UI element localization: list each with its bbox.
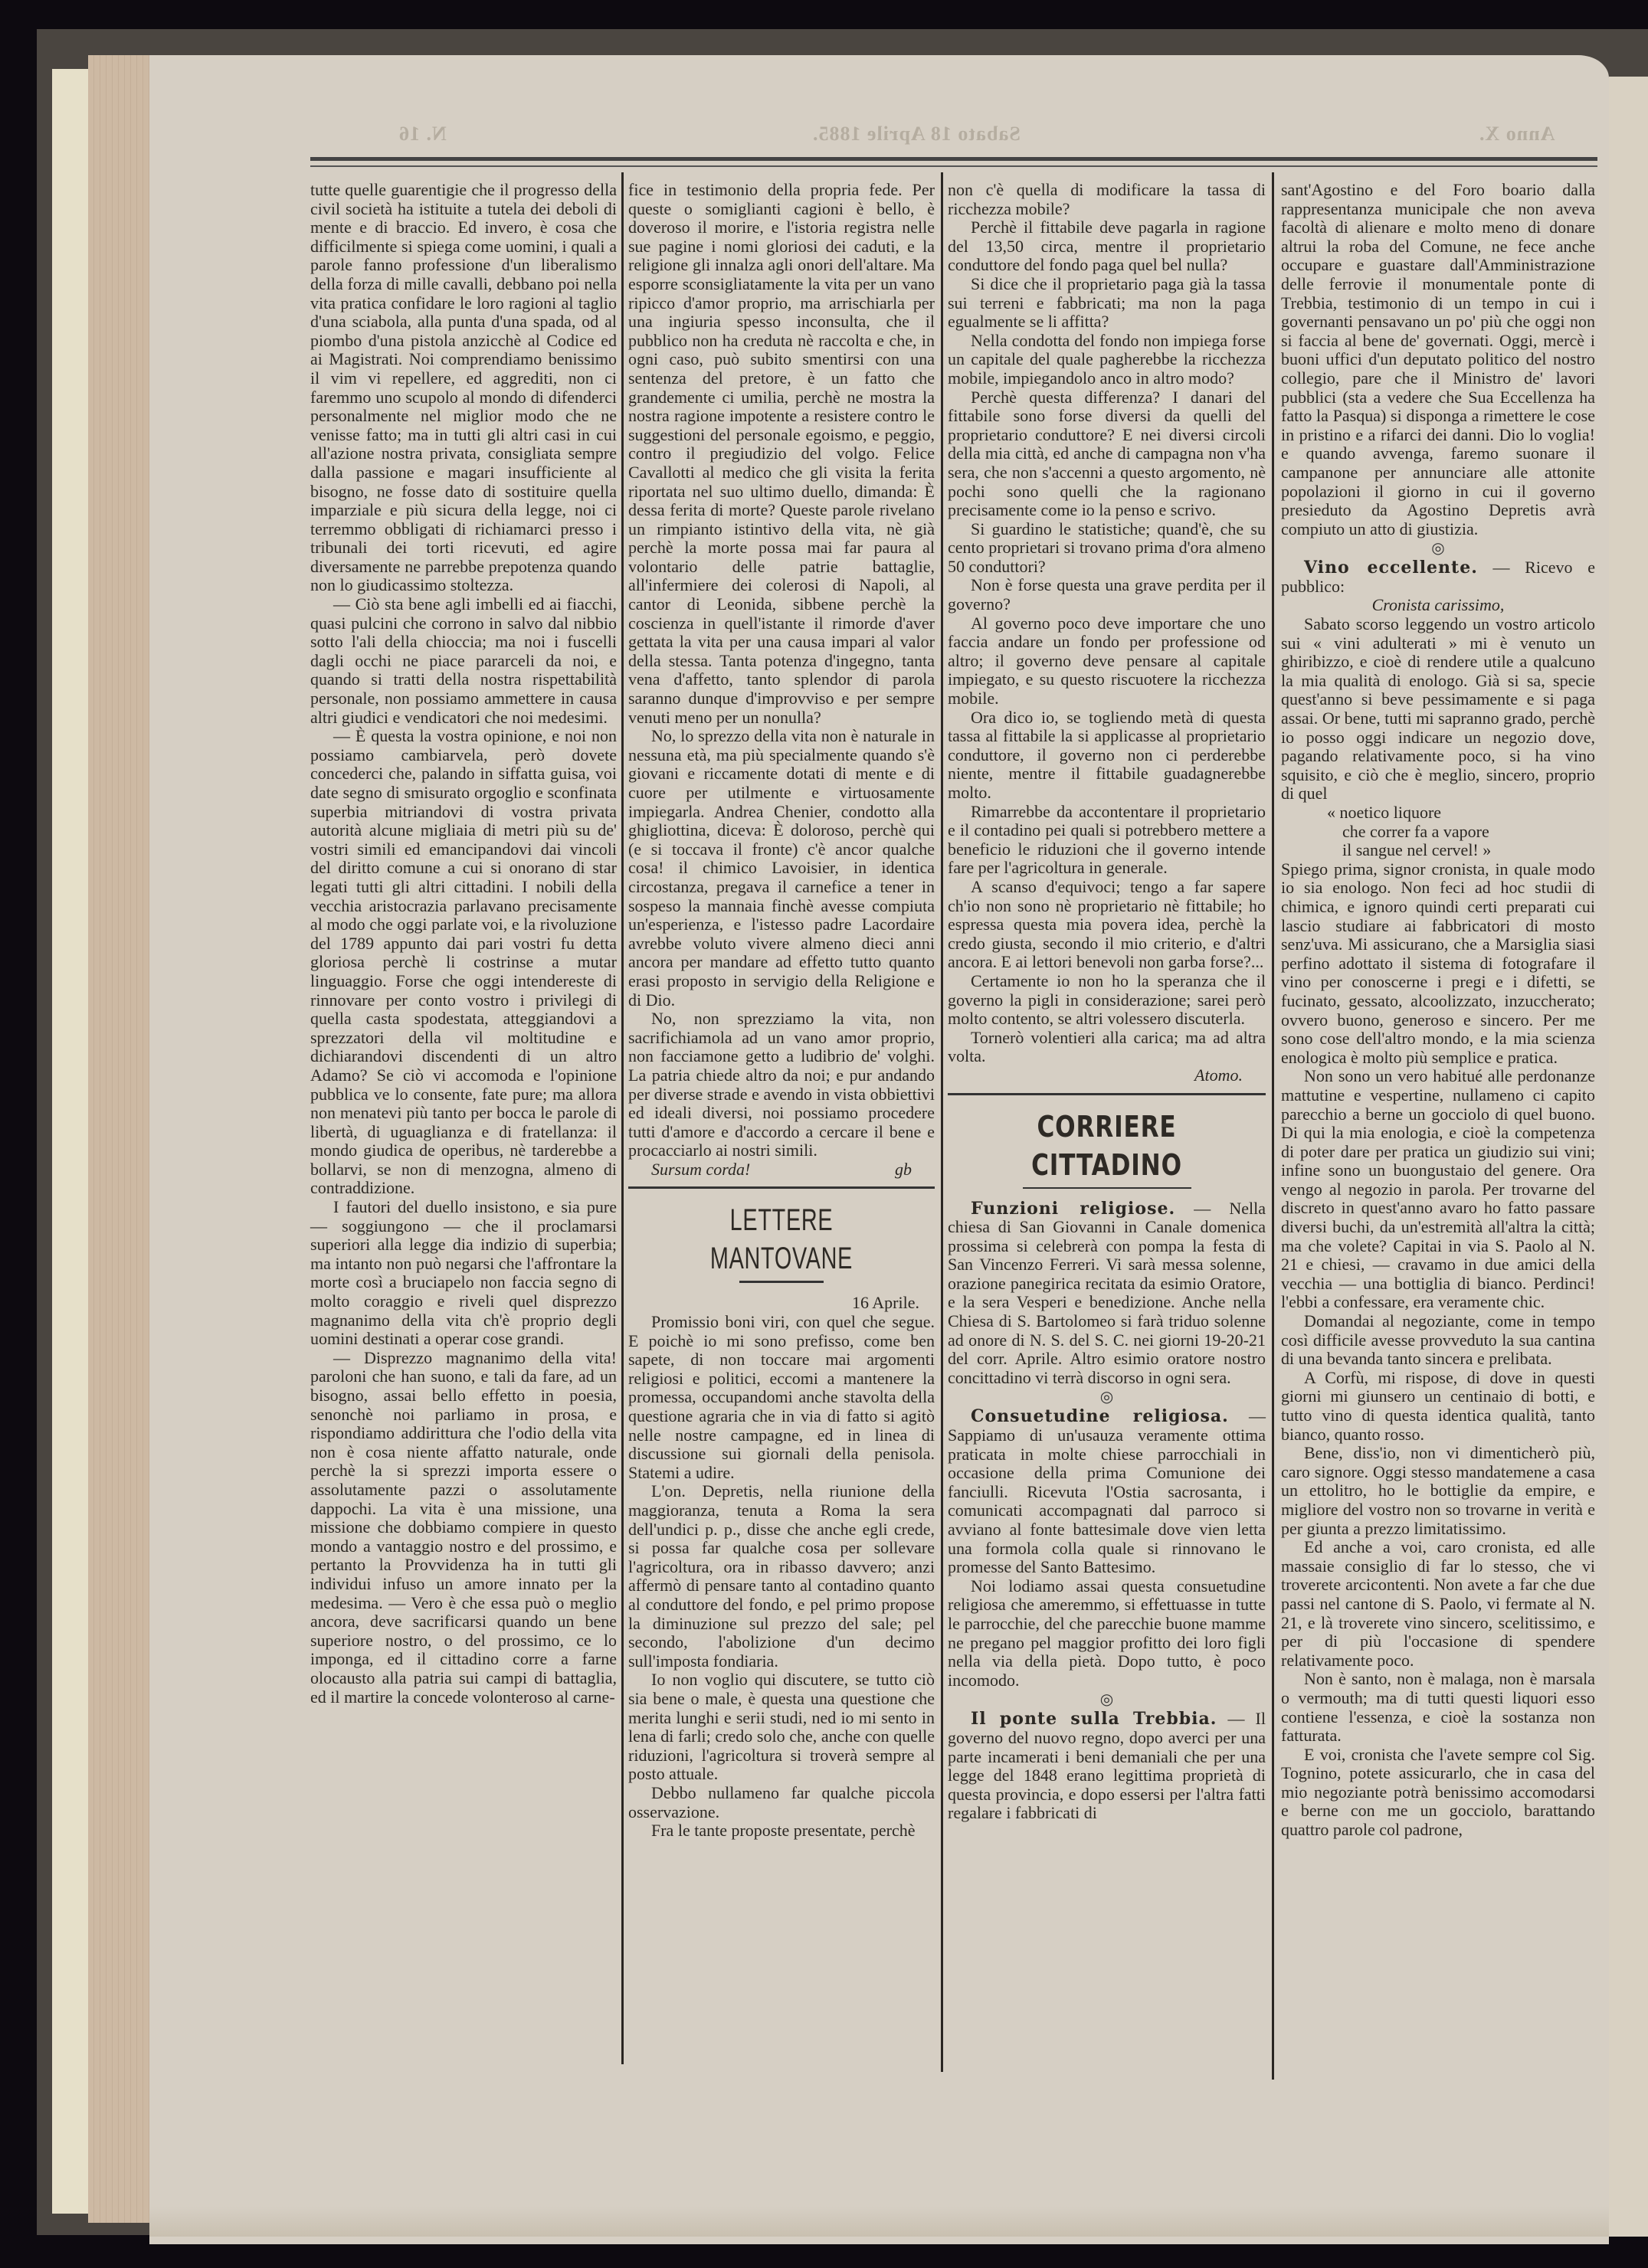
article-paragraph: fice in testimonio della propria fede. P… <box>628 181 935 727</box>
column-rule-2 <box>941 172 943 2072</box>
page-bottom-curl <box>149 2206 1609 2237</box>
article-paragraph: Non è forse questa una grave perdita per… <box>948 576 1266 614</box>
verse-line: « noetico liquore <box>1281 803 1595 823</box>
verse-line: che correr fa a vapore <box>1281 823 1595 842</box>
letter-paragraph: Non sono un vero habitué alle perdonanze… <box>1281 1067 1595 1312</box>
news-item-body: Nella chiesa di San Giovanni in Canale d… <box>948 1199 1266 1387</box>
letter-paragraph: Bene, diss'io, non vi dimenticherò più, … <box>1281 1444 1595 1538</box>
letter-paragraph: Fra le tante proposte presentate, perchè <box>628 1821 935 1841</box>
verse-line: il sangue nel cervel! » <box>1281 841 1595 860</box>
title-underline <box>739 1281 824 1283</box>
article-paragraph: Ora dico io, se togliendo metà di questa… <box>948 709 1266 803</box>
news-item-heading: Funzioni religiose. <box>971 1199 1175 1219</box>
article-paragraph: Si guardino le statistiche; quand'è, che… <box>948 520 1266 577</box>
letter-paragraph: Spiego prima, signor cronista, in quale … <box>1281 860 1595 1068</box>
news-item-consuetudine: Consuetudine religiosa. — Sappiamo di un… <box>948 1407 1266 1576</box>
article-paragraph: Certamente io non ho la speranza che il … <box>948 972 1266 1029</box>
news-item-body: Sappiamo di un'usauza veramente ottima p… <box>948 1425 1266 1576</box>
article-paragraph: No, non sprezziamo la vita, non sacrific… <box>628 1010 935 1160</box>
running-head-date: Sabato 18 Aprile 1885. <box>812 123 1021 146</box>
closing-motto: Sursum corda! <box>651 1160 750 1180</box>
news-item-heading: Vino eccellente. <box>1304 558 1478 578</box>
letter-paragraph: L'on. Depretis, nella riunione della mag… <box>628 1482 935 1671</box>
author-signature: Atomo. <box>948 1066 1266 1085</box>
letter-paragraph: Io non voglio qui discutere, se tutto ci… <box>628 1671 935 1784</box>
article-paragraph: sant'Agostino e del Foro boario dalla ra… <box>1281 181 1595 538</box>
letter-paragraph: Domandai al negoziante, come in tempo co… <box>1281 1312 1595 1369</box>
article-paragraph: — È questa la vostra opinione, e noi non… <box>310 727 617 1198</box>
section-title-lettere-mantovane: LETTERE MANTOVANE <box>671 1201 892 1278</box>
article-paragraph: Si dice che il proprietario paga già la … <box>948 275 1266 332</box>
article-paragraph: — Ciò sta bene agli imbelli ed ai fiacch… <box>310 595 617 727</box>
running-head-right: Anno X. <box>1479 123 1555 146</box>
column-3: non c'è quella di modificare la tassa di… <box>948 181 1266 1823</box>
column-rule-3 <box>1272 172 1274 2080</box>
news-item-ponte: Il ponte sulla Trebbia. — Il governo del… <box>948 1710 1266 1823</box>
ornament-icon: ◎ <box>1281 538 1595 558</box>
title-underline <box>1023 1187 1191 1189</box>
article-paragraph: tutte quelle guarentigie che il progress… <box>310 181 617 595</box>
column-1: tutte quelle guarentigie che il progress… <box>310 181 617 1707</box>
ornament-icon: ◎ <box>948 1387 1266 1407</box>
letter-paragraph: Promissio boni viri, con quel che segue.… <box>628 1313 935 1482</box>
article-paragraph: A scanso d'equivoci; tengo a far sapere … <box>948 878 1266 972</box>
running-head-left: N. 16 <box>398 123 447 146</box>
next-page-edge <box>1609 77 1648 2237</box>
article-paragraph: Tornerò volentieri alla carica; ma ad al… <box>948 1029 1266 1066</box>
article-paragraph: Perchè questa differenza? I danari del f… <box>948 388 1266 520</box>
article-paragraph: I fautori del duello insistono, e sia pu… <box>310 1198 617 1349</box>
article-paragraph: Nella condotta del fondo non impiega for… <box>948 332 1266 388</box>
column-rule-1 <box>621 172 624 2064</box>
letter-paragraph: Ed anche a voi, caro cronista, ed alle m… <box>1281 1538 1595 1670</box>
letter-salutation: Cronista carissimo, <box>1281 596 1595 615</box>
ornament-icon: ◎ <box>948 1690 1266 1710</box>
article-paragraph: — Disprezzo magnanimo della vita! parolo… <box>310 1349 617 1707</box>
article-paragraph: Rimarrebbe da accontentare il proprietar… <box>948 803 1266 878</box>
page-stack-edge <box>88 55 157 2223</box>
news-item-body: Noi lodiamo assai questa consuetudine re… <box>948 1577 1266 1690</box>
article-paragraph: Al governo poco deve importare che uno f… <box>948 614 1266 709</box>
header-double-rule <box>310 157 1597 167</box>
column-4: sant'Agostino e del Foro boario dalla ra… <box>1281 181 1595 1840</box>
section-title-corriere-cittadino: CORRIERE CITTADINO <box>976 1108 1237 1184</box>
author-signature: gb <box>895 1160 912 1180</box>
letter-paragraph: A Corfù, mi rispose, di dove in questi g… <box>1281 1369 1595 1444</box>
section-separator <box>948 1093 1266 1100</box>
letter-paragraph: Debbo nullameno far qualche piccola osse… <box>628 1784 935 1821</box>
column-2: fice in testimonio della propria fede. P… <box>628 181 935 1841</box>
article-paragraph: Perchè il fittabile deve pagarla in ragi… <box>948 218 1266 275</box>
letter-paragraph: Non è santo, non è malaga, non è marsala… <box>1281 1670 1595 1745</box>
news-item-heading: Il ponte sulla Trebbia. <box>971 1709 1217 1729</box>
news-item-heading: Consuetudine religiosa. <box>971 1406 1229 1426</box>
article-paragraph: No, lo sprezzo della vita non è naturale… <box>628 727 935 1010</box>
dateline: 16 Aprile. <box>628 1294 935 1313</box>
article-paragraph: non c'è quella di modificare la tassa di… <box>948 181 1266 218</box>
news-item-funzioni: Funzioni religiose. — Nella chiesa di Sa… <box>948 1199 1266 1388</box>
section-separator <box>628 1186 935 1193</box>
letter-paragraph: Sabato scorso leggendo un vostro articol… <box>1281 615 1595 803</box>
endpaper <box>52 69 90 2214</box>
news-item-vino: Vino eccellente. — Ricevo e pubblico: <box>1281 558 1595 596</box>
letter-paragraph: E voi, cronista che l'avete sempre col S… <box>1281 1746 1595 1840</box>
